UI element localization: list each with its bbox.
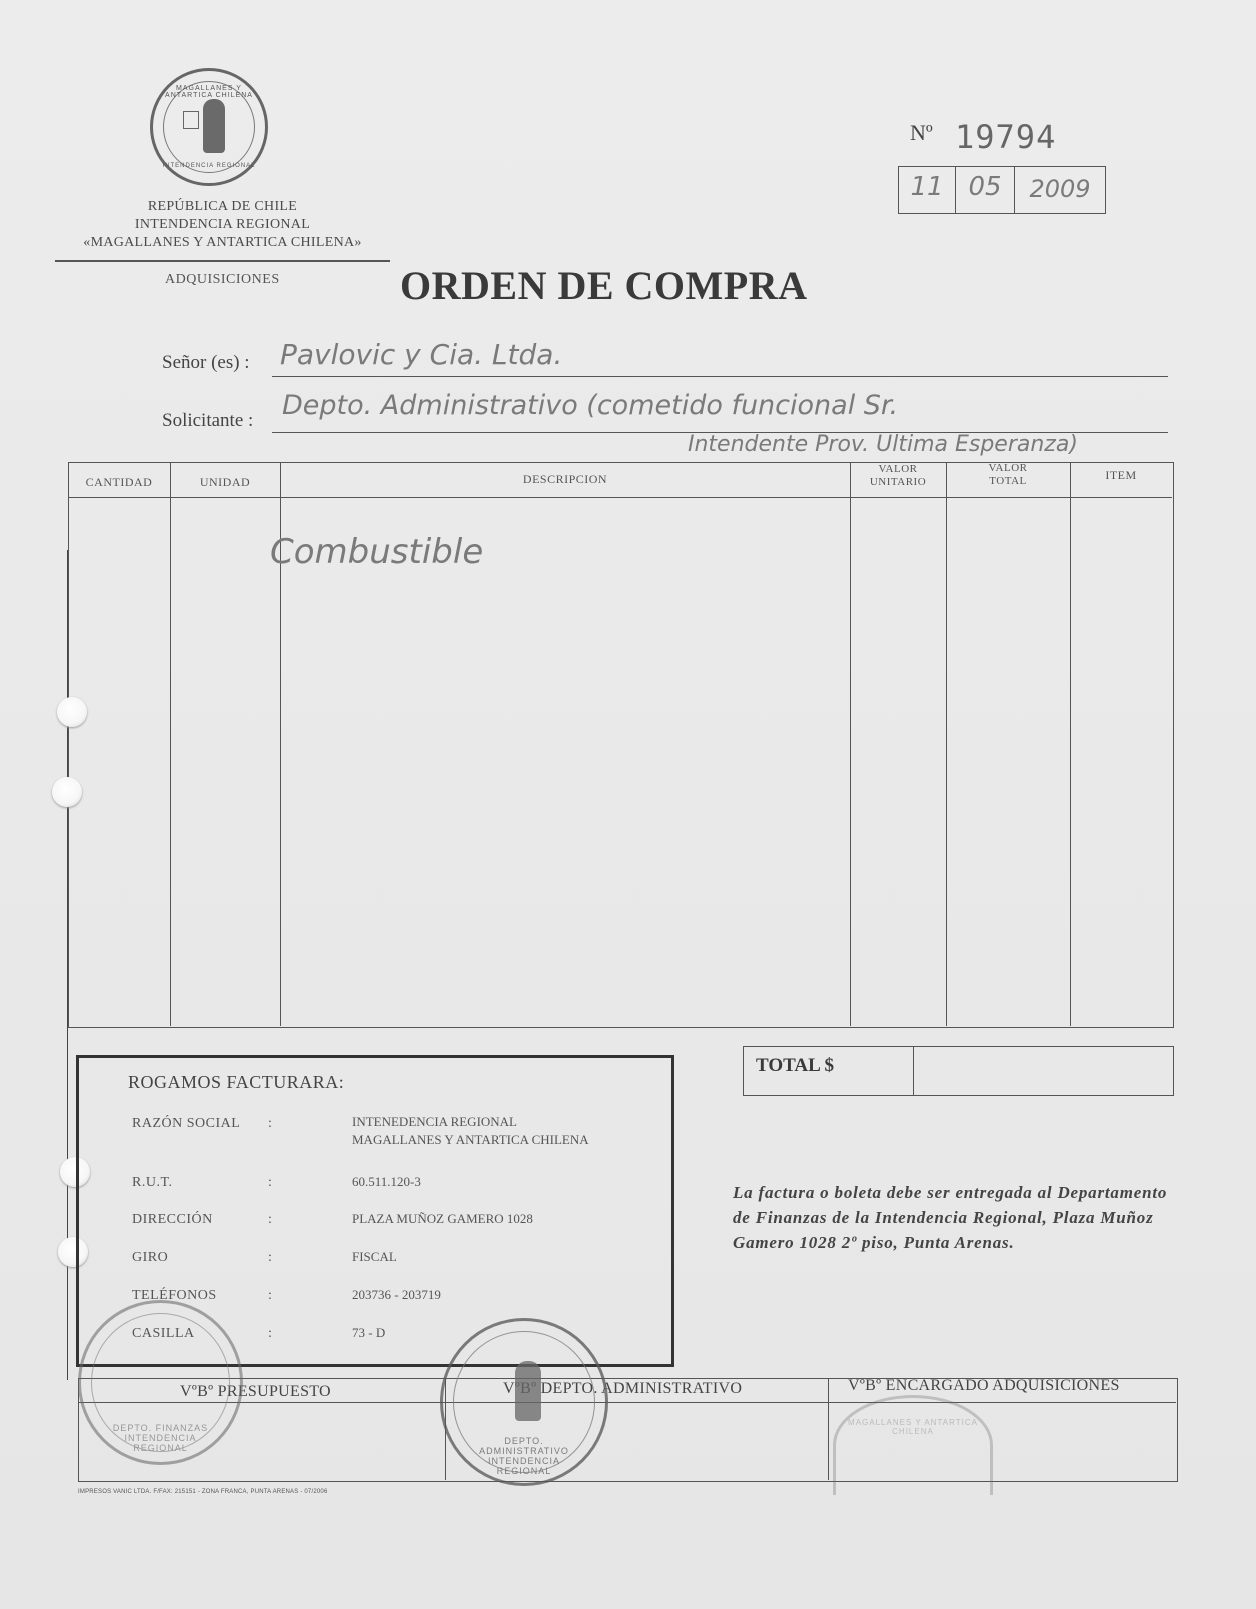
government-seal-logo: MAGALLANES Y ANTARTICA CHILENA INTENDENC… bbox=[150, 68, 268, 186]
column-header-valor-total-text: VALOR TOTAL bbox=[989, 462, 1028, 487]
date-box: 11 05 2009 bbox=[898, 166, 1106, 214]
senores-line bbox=[272, 376, 1168, 377]
seal-subtext: INTENDENCIA REGIONAL bbox=[153, 163, 265, 169]
column-header-descripcion: DESCRIPCION bbox=[280, 473, 850, 486]
billing-colon: : bbox=[268, 1116, 272, 1132]
billing-colon: : bbox=[268, 1212, 272, 1228]
department-label: ADQUISICIONES bbox=[165, 272, 280, 288]
org-line-1: REPÚBLICA DE CHILE bbox=[55, 198, 390, 216]
billing-colon: : bbox=[268, 1250, 272, 1266]
billing-value-rut: 60.511.120-3 bbox=[352, 1173, 421, 1191]
billing-value-giro: FISCAL bbox=[352, 1248, 397, 1266]
printer-footer: IMPRESOS VANIC LTDA. F/FAX: 215151 - ZON… bbox=[78, 1489, 327, 1495]
stamp-finanzas: DEPTO. FINANZAS INTENDENCIA REGIONAL bbox=[78, 1300, 243, 1465]
table-header-divider bbox=[68, 497, 1172, 498]
razon-social-line-1: INTENEDENCIA REGIONAL bbox=[352, 1113, 589, 1131]
figure-icon bbox=[203, 99, 225, 153]
org-line-3: «MAGALLANES Y ANTARTICA CHILENA» bbox=[55, 234, 390, 252]
billing-colon: : bbox=[268, 1175, 272, 1191]
billing-label-giro: GIRO bbox=[132, 1250, 168, 1266]
billing-label-razon-social: RAZÓN SOCIAL bbox=[132, 1116, 240, 1132]
stamp-finanzas-text: DEPTO. FINANZAS INTENDENCIA REGIONAL bbox=[81, 1423, 240, 1453]
column-header-valor-unitario: VALOR UNITARIO bbox=[850, 463, 946, 489]
solicitante-value-line-1[interactable]: Depto. Administrativo (cometido funciona… bbox=[282, 390, 898, 421]
cell-descripcion[interactable]: Combustible bbox=[270, 532, 483, 572]
billing-colon: : bbox=[268, 1288, 272, 1304]
order-number-label: Nº bbox=[910, 120, 933, 146]
table-row[interactable]: Combustible bbox=[68, 520, 1172, 580]
billing-value-razon-social: INTENEDENCIA REGIONAL MAGALLANES Y ANTAR… bbox=[352, 1113, 589, 1149]
total-label: TOTAL $ bbox=[744, 1047, 914, 1095]
stamp-depto-administrativo: DEPTO. ADMINISTRATIVO INTENDENCIA REGION… bbox=[440, 1318, 608, 1486]
column-header-valor-unitario-text: VALOR UNITARIO bbox=[870, 463, 926, 488]
billing-heading: ROGAMOS FACTURARA: bbox=[128, 1072, 344, 1093]
flag-icon bbox=[183, 111, 199, 129]
org-line-2: INTENDENCIA REGIONAL bbox=[55, 216, 390, 234]
billing-value-direccion: PLAZA MUÑOZ GAMERO 1028 bbox=[352, 1210, 533, 1228]
total-box: TOTAL $ bbox=[743, 1046, 1174, 1096]
order-number: 19794 bbox=[955, 118, 1056, 156]
billing-value-casilla: 73 - D bbox=[352, 1324, 385, 1342]
header-divider bbox=[55, 260, 390, 262]
column-header-cantidad: CANTIDAD bbox=[68, 476, 170, 489]
billing-label-direccion: DIRECCIÓN bbox=[132, 1212, 213, 1228]
signature-header-encargado-adquisiciones: VºBº ENCARGADO ADQUISICIONES bbox=[848, 1377, 1120, 1395]
organization-header: REPÚBLICA DE CHILE INTENDENCIA REGIONAL … bbox=[55, 198, 390, 252]
total-value[interactable] bbox=[914, 1047, 1173, 1095]
billing-label-rut: R.U.T. bbox=[132, 1175, 172, 1191]
stamp-adquisiciones-text: MAGALLANES Y ANTARTICA CHILENA bbox=[836, 1418, 990, 1436]
solicitante-value-line-2[interactable]: Intendente Prov. Ultima Esperanza) bbox=[688, 432, 1078, 457]
solicitante-label: Solicitante : bbox=[162, 410, 253, 432]
binder-hole bbox=[57, 697, 87, 727]
senores-label: Señor (es) : bbox=[162, 352, 250, 374]
stamp-figure-icon bbox=[515, 1361, 541, 1421]
stamp-administrativo-text: DEPTO. ADMINISTRATIVO INTENDENCIA REGION… bbox=[443, 1436, 605, 1476]
page-title: ORDEN DE COMPRA bbox=[400, 262, 807, 309]
date-month[interactable]: 05 bbox=[956, 167, 1015, 213]
razon-social-line-2: MAGALLANES Y ANTARTICA CHILENA bbox=[352, 1131, 589, 1149]
column-header-item: ITEM bbox=[1070, 469, 1172, 482]
purchase-order-page: MAGALLANES Y ANTARTICA CHILENA INTENDENC… bbox=[0, 0, 1256, 1609]
billing-value-telefonos: 203736 - 203719 bbox=[352, 1286, 441, 1304]
senores-value[interactable]: Pavlovic y Cia. Ltda. bbox=[280, 338, 562, 371]
column-header-valor-total: VALOR TOTAL bbox=[946, 462, 1070, 488]
date-year[interactable]: 2009 bbox=[1015, 167, 1105, 213]
date-day[interactable]: 11 bbox=[899, 167, 956, 213]
seal-text: MAGALLANES Y ANTARTICA CHILENA bbox=[153, 85, 265, 99]
stamp-adquisiciones: MAGALLANES Y ANTARTICA CHILENA bbox=[833, 1395, 993, 1495]
column-header-unidad: UNIDAD bbox=[170, 476, 280, 489]
invoice-delivery-note: La factura o boleta debe ser entregada a… bbox=[733, 1180, 1173, 1255]
binder-hole bbox=[52, 777, 82, 807]
billing-colon: : bbox=[268, 1326, 272, 1342]
